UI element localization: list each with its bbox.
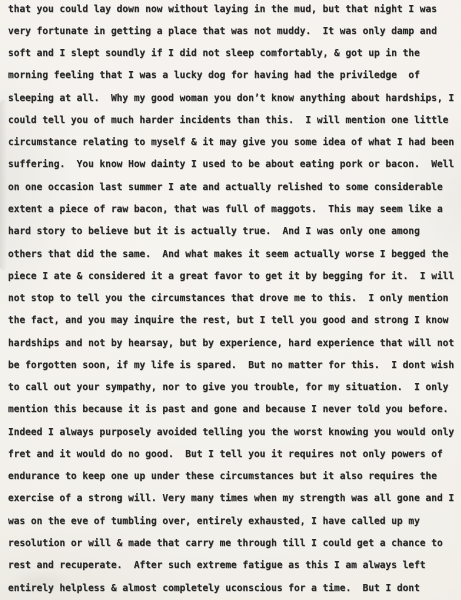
text-line: be forgotten soon, if my life is spared.… bbox=[8, 354, 461, 376]
text-line: sleeping at all. Why my good woman you d… bbox=[8, 87, 461, 109]
text-line: morning feeling that I was a lucky dog f… bbox=[8, 65, 461, 87]
text-line: resolution or will & made that carry me … bbox=[8, 532, 461, 554]
text-line: the fact, and you may inquire the rest, … bbox=[8, 310, 461, 332]
text-line: endurance to keep one up under these cir… bbox=[8, 466, 461, 488]
text-line: piece I ate & considered it a great favo… bbox=[8, 265, 461, 287]
text-line: others that did the same. And what makes… bbox=[8, 243, 461, 265]
text-line: rest and recuperate. After such extreme … bbox=[8, 555, 461, 577]
scanned-letter-page: that you could lay down now without layi… bbox=[0, 0, 461, 600]
text-line: extent a piece of raw bacon, that was fu… bbox=[8, 198, 461, 220]
text-line: Indeed I always purposely avoided tellin… bbox=[8, 421, 461, 443]
typewritten-text-block: that you could lay down now without layi… bbox=[8, 0, 461, 599]
text-line: hard story to believe but it is actually… bbox=[8, 221, 461, 243]
paper-smudge bbox=[0, 100, 7, 270]
text-line: fret and it would do no good. But I tell… bbox=[8, 443, 461, 465]
text-line: very fortunate in getting a place that w… bbox=[8, 20, 461, 42]
text-line: entirely helpless & almost completely uc… bbox=[8, 577, 461, 599]
text-line: mention this because it is past and gone… bbox=[8, 399, 461, 421]
text-line: suffering. You know How dainty I used to… bbox=[8, 154, 461, 176]
text-line: was on the eve of tumbling over, entirel… bbox=[8, 510, 461, 532]
text-line: soft and I slept soundly if I did not sl… bbox=[8, 43, 461, 65]
text-line: circumstance relating to myself & it may… bbox=[8, 132, 461, 154]
text-line: on one occasion last summer I ate and ac… bbox=[8, 176, 461, 198]
text-line: hardships and not by hearsay, but by exp… bbox=[8, 332, 461, 354]
text-line: could tell you of much harder incidents … bbox=[8, 109, 461, 131]
text-line: exercise of a strong will. Very many tim… bbox=[8, 488, 461, 510]
text-line: to call out your sympathy, nor to give y… bbox=[8, 377, 461, 399]
text-line: not stop to tell you the circumstances t… bbox=[8, 287, 461, 309]
text-line: that you could lay down now without layi… bbox=[8, 0, 461, 20]
